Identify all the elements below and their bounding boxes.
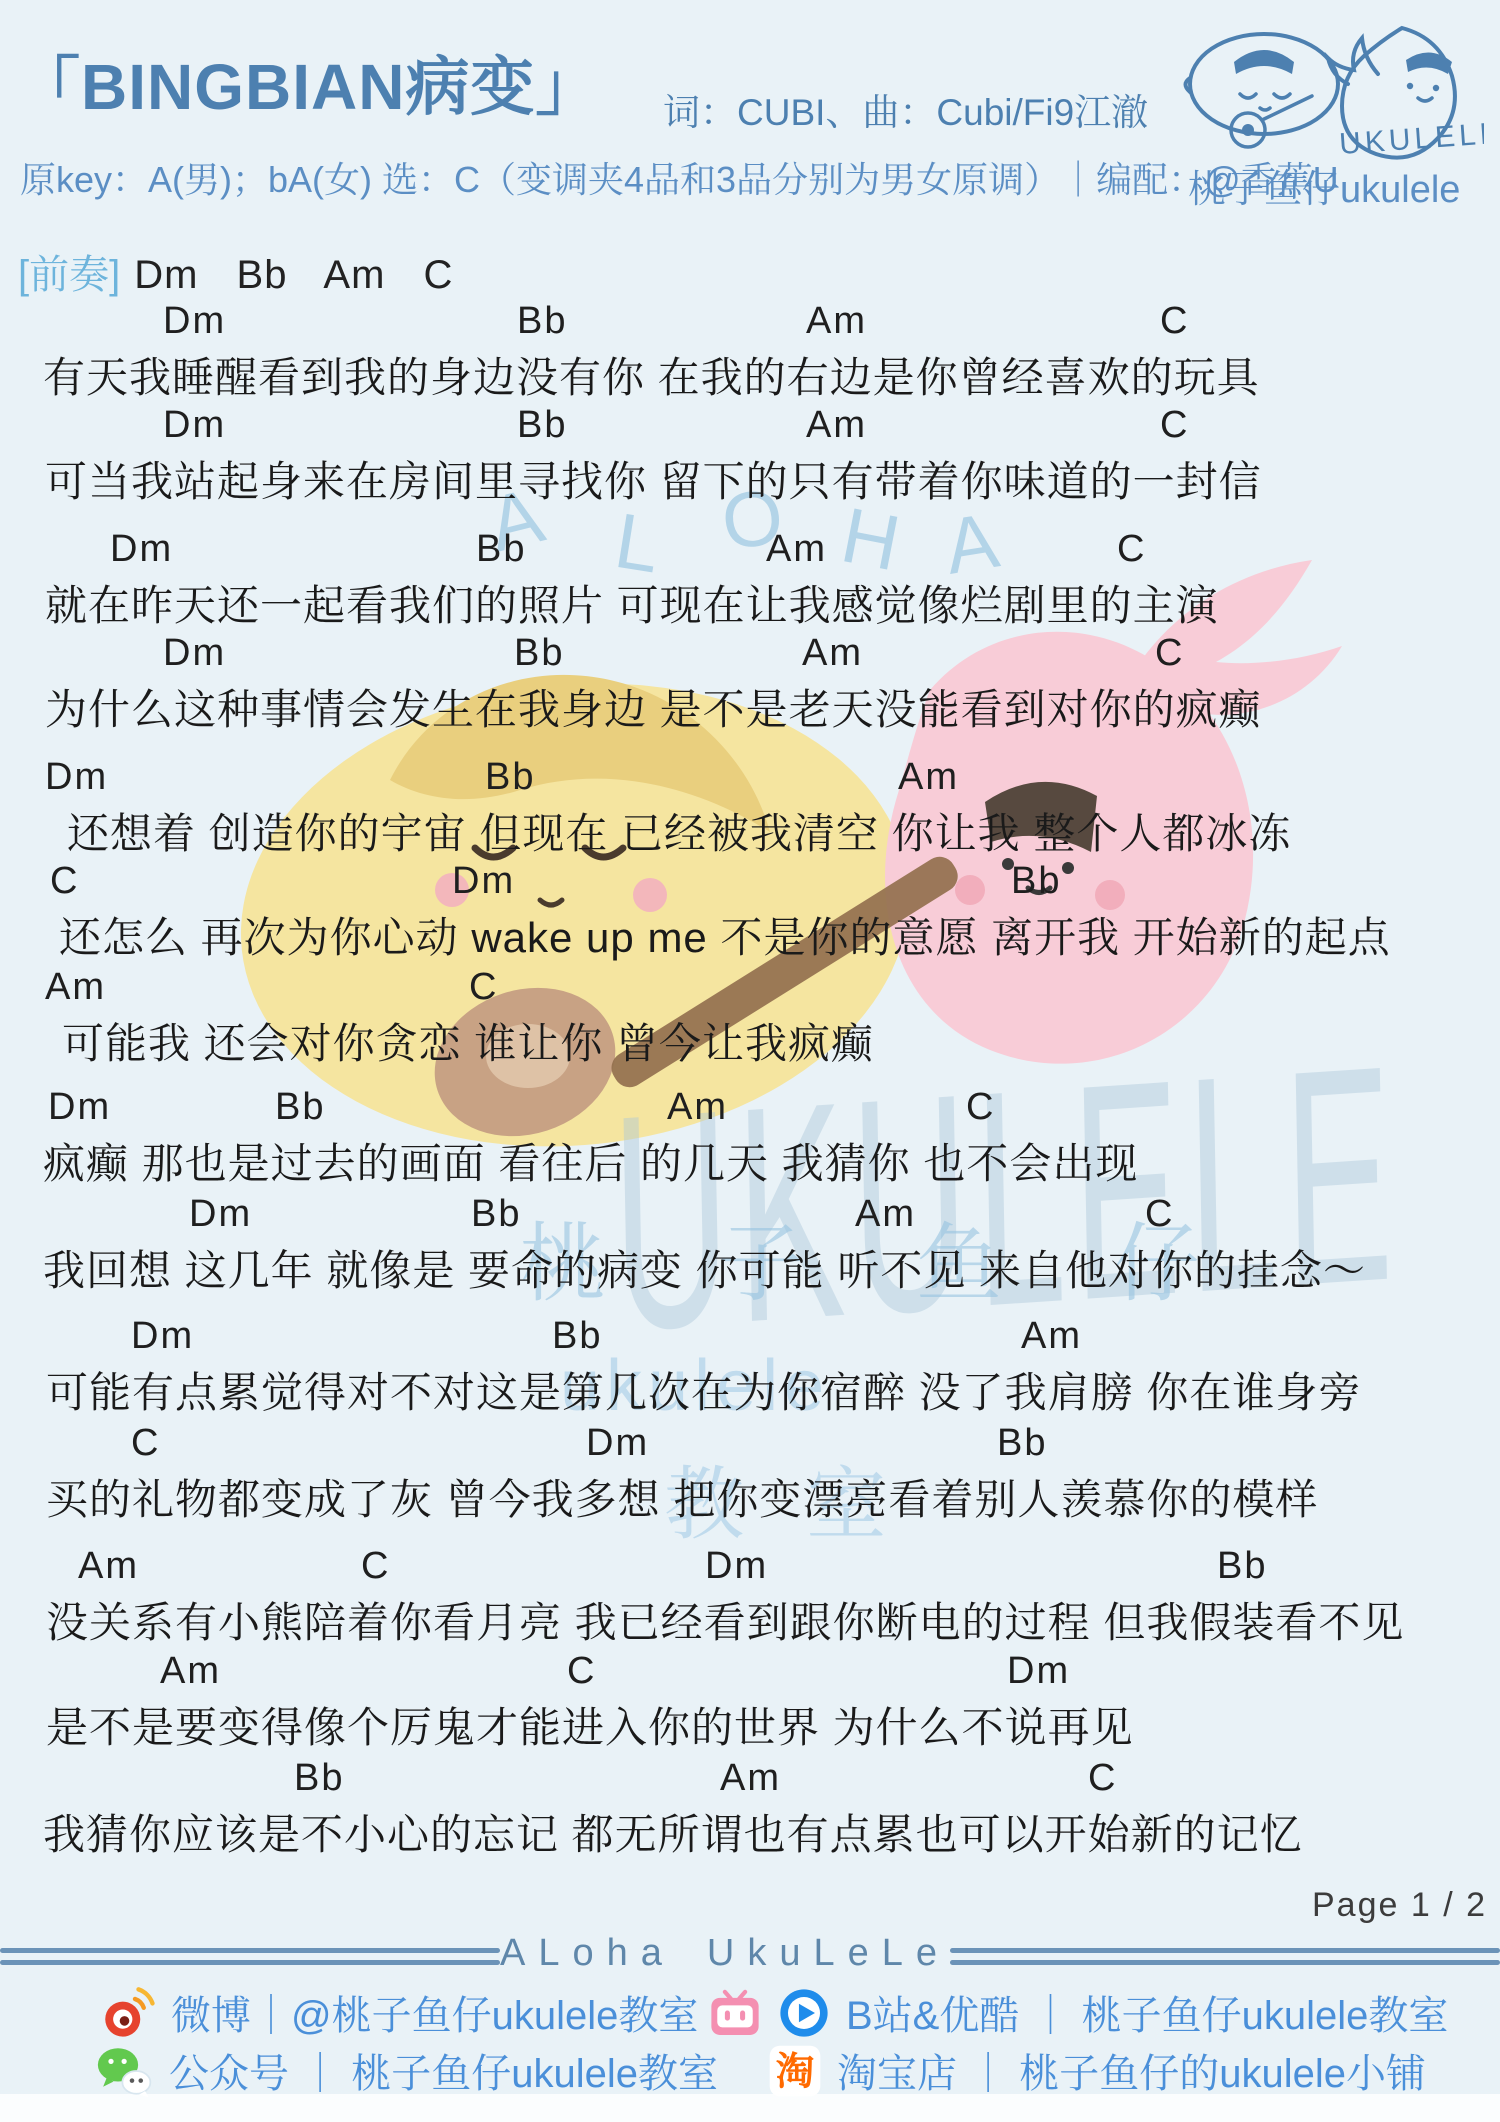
chord-label: Bb xyxy=(517,404,567,447)
chord-label: C xyxy=(1145,1193,1174,1236)
chord-label: Dm xyxy=(45,756,108,799)
divider-line xyxy=(0,1948,500,1953)
chord-label: Am xyxy=(766,528,827,571)
chord-label: Dm xyxy=(110,528,173,571)
footer-wechat-text: 公众号 ｜ 桃子鱼仔ukulele教室 xyxy=(169,2042,718,2099)
chord-label: Am xyxy=(855,1193,916,1236)
chord-label: Am xyxy=(802,632,863,675)
chord-label: Am xyxy=(78,1545,139,1588)
footer-wechat: 公众号 ｜ 桃子鱼仔ukulele教室 xyxy=(96,2042,718,2099)
brand-name: 桃子鱼仔ukulele xyxy=(1188,158,1460,213)
chord-label: Bb xyxy=(997,1422,1047,1465)
chord-label: Am xyxy=(45,966,106,1009)
song-line: AmCDmBb没关系有小熊陪着你看月亮 我已经看到跟你断电的过程 但我假装看不见 xyxy=(0,1545,1500,1651)
chord-label: C xyxy=(1160,300,1189,343)
song-line: CDmBb还怎么 再次为你心动 wake up me 不是你的意愿 离开我 开始… xyxy=(0,860,1500,966)
lyric-text: 是不是要变得像个厉鬼才能进入你的世界 为什么不说再见 xyxy=(46,1695,1134,1755)
chord-label: Am xyxy=(160,1650,221,1693)
song-line: CDmBb买的礼物都变成了灰 曾今我多想 把你变漂亮看着别人羡慕你的模样 xyxy=(0,1422,1500,1528)
song-line: DmBbAmC有天我睡醒看到我的身边没有你 在我的右边是你曾经喜欢的玩具 xyxy=(0,300,1500,406)
song-line: BbAmC我猜你应该是不小心的忘记 都无所谓也有点累也可以开始新的记忆 xyxy=(0,1757,1500,1863)
chord-label: Dm xyxy=(163,404,226,447)
song-line: AmCDm是不是要变得像个厉鬼才能进入你的世界 为什么不说再见 xyxy=(0,1650,1500,1756)
logo-word: UKULELE xyxy=(1338,117,1484,161)
chord-label: Bb xyxy=(476,528,526,571)
chord-label: C xyxy=(966,1086,995,1129)
footer-weibo: 微博｜@桃子鱼仔ukulele教室 xyxy=(100,1984,698,2041)
chord-label: Bb xyxy=(514,632,564,675)
intro-row: [前奏]Dm Bb Am C xyxy=(18,243,453,300)
divider-word-ukulele: UkuLeLe xyxy=(707,1932,950,1975)
lyric-text: 为什么这种事情会发生在我身边 是不是老天没能看到对你的疯癫 xyxy=(45,677,1262,737)
chord-label: Dm xyxy=(1007,1650,1070,1693)
lyric-text: 可当我站起身来在房间里寻找你 留下的只有带着你味道的一封信 xyxy=(45,449,1262,509)
divider-line xyxy=(950,1960,1500,1965)
lyric-text: 就在昨天还一起看我们的照片 可现在让我感觉像烂剧里的主演 xyxy=(45,573,1219,633)
song-line: DmBbAmC我回想 这几年 就像是 要命的病变 你可能 听不见 来自他对你的挂… xyxy=(0,1193,1500,1299)
divider-line xyxy=(0,1960,500,1965)
lyric-text: 买的礼物都变成了灰 曾今我多想 把你变漂亮看着别人羡慕你的模样 xyxy=(46,1467,1318,1527)
chord-label: Dm xyxy=(163,300,226,343)
lyric-text: 疯癫 那也是过去的画面 看往后 的几天 我猜你 也不会出现 xyxy=(43,1131,1138,1191)
chord-label: C xyxy=(131,1422,160,1465)
chord-label: Bb xyxy=(552,1315,602,1358)
youku-play-icon xyxy=(777,1986,831,2040)
song-title: 「BINGBIAN病变」 xyxy=(16,36,600,128)
key-info-line: 原key：A(男)；bA(女) 选：C（变调夹4品和3品分别为男女原调）｜编配：… xyxy=(20,152,1339,203)
taobao-icon: 淘 xyxy=(768,2044,822,2098)
lyric-text: 还想着 创造你的宇宙 但现在 已经被我清空 你让我 整个人都冰冻 xyxy=(67,801,1291,861)
song-credits: 词：CUBI、曲：Cubi/Fi9江澈 xyxy=(663,82,1148,136)
footer-bilibili-youku: B站&优酷 ｜ 桃子鱼仔ukulele教室 xyxy=(708,1984,1448,2041)
chord-label: Dm xyxy=(586,1422,649,1465)
chord-label: Am xyxy=(720,1757,781,1800)
chord-label: Am xyxy=(667,1086,728,1129)
chord-label: C xyxy=(469,966,498,1009)
chord-label: Bb xyxy=(471,1193,521,1236)
chord-label: C xyxy=(361,1545,390,1588)
chord-label: C xyxy=(1155,632,1184,675)
studio-logo: UKULELE xyxy=(1180,12,1484,162)
lyric-text: 可能我 还会对你贪恋 谁让你 曾今让我疯癫 xyxy=(62,1011,874,1071)
divider-word-aloha: ALoha xyxy=(500,1932,675,1975)
chord-label: Dm xyxy=(131,1315,194,1358)
chord-label: Dm xyxy=(705,1545,768,1588)
lyric-text: 没关系有小熊陪着你看月亮 我已经看到跟你断电的过程 但我假装看不见 xyxy=(46,1590,1404,1650)
song-line: DmBbAmC可当我站起身来在房间里寻找你 留下的只有带着你味道的一封信 xyxy=(0,404,1500,510)
chord-label: Am xyxy=(1021,1315,1082,1358)
chord-label: Dm xyxy=(452,860,515,903)
lyric-text: 可能有点累觉得对不对这是第几次在为你宿醉 没了我肩膀 你在谁身旁 xyxy=(46,1360,1361,1420)
weibo-icon xyxy=(100,1985,156,2041)
chord-sheet-page: A L O H A UKULELE 桃 子 鱼 仔 ukulele 教 室 「B… xyxy=(0,0,1500,2122)
chord-label: Am xyxy=(898,756,959,799)
footer-weibo-text: 微博｜@桃子鱼仔ukulele教室 xyxy=(171,1984,698,2041)
chord-label: Bb xyxy=(1217,1545,1267,1588)
song-line: DmBbAmC为什么这种事情会发生在我身边 是不是老天没能看到对你的疯癫 xyxy=(0,632,1500,738)
chord-label: Bb xyxy=(517,300,567,343)
song-line: DmBbAmC疯癫 那也是过去的画面 看往后 的几天 我猜你 也不会出现 xyxy=(0,1086,1500,1192)
logo-girl-hair xyxy=(1234,50,1294,74)
chord-label: Dm xyxy=(189,1193,252,1236)
wechat-icon xyxy=(96,2043,154,2099)
song-line: AmC可能我 还会对你贪恋 谁让你 曾今让我疯癫 xyxy=(0,966,1500,1072)
song-line: DmBbAm可能有点累觉得对不对这是第几次在为你宿醉 没了我肩膀 你在谁身旁 xyxy=(0,1315,1500,1421)
chord-label: Bb xyxy=(294,1757,344,1800)
page-indicator: Page 1 / 2 xyxy=(1312,1886,1487,1925)
footer-taobao: 淘 淘宝店 ｜ 桃子鱼仔的ukulele小铺 xyxy=(768,2042,1426,2099)
intro-chords: Dm Bb Am C xyxy=(134,253,453,297)
footer-taobao-text: 淘宝店 ｜ 桃子鱼仔的ukulele小铺 xyxy=(837,2042,1426,2099)
lyric-text: 有天我睡醒看到我的身边没有你 在我的右边是你曾经喜欢的玩具 xyxy=(43,345,1260,405)
svg-text:淘: 淘 xyxy=(776,2050,815,2093)
chord-label: Bb xyxy=(1011,860,1061,903)
song-line: DmBbAm还想着 创造你的宇宙 但现在 已经被我清空 你让我 整个人都冰冻 xyxy=(0,756,1500,862)
intro-label: [前奏] xyxy=(18,253,120,297)
chord-label: C xyxy=(1117,528,1146,571)
bilibili-icon xyxy=(708,1986,762,2040)
chord-label: C xyxy=(1160,404,1189,447)
chord-label: Bb xyxy=(485,756,535,799)
chord-label: Am xyxy=(806,300,867,343)
footer-divider: ALoha UkuLeLe xyxy=(500,1924,950,1982)
chord-label: C xyxy=(1088,1757,1117,1800)
footer-bilibili-youku-text: B站&优酷 ｜ 桃子鱼仔ukulele教室 xyxy=(846,1984,1448,2041)
divider-line xyxy=(950,1948,1500,1953)
chord-label: C xyxy=(567,1650,596,1693)
chord-label: Am xyxy=(806,404,867,447)
lyric-text: 我猜你应该是不小心的忘记 都无所谓也有点累也可以开始新的记忆 xyxy=(43,1802,1303,1862)
chord-label: Dm xyxy=(48,1086,111,1129)
lyric-text: 我回想 这几年 就像是 要命的病变 你可能 听不见 来自他对你的挂念～ xyxy=(43,1238,1366,1298)
lyric-text: 还怎么 再次为你心动 wake up me 不是你的意愿 离开我 开始新的起点 xyxy=(59,905,1391,965)
chord-label: Dm xyxy=(163,632,226,675)
song-line: DmBbAmC就在昨天还一起看我们的照片 可现在让我感觉像烂剧里的主演 xyxy=(0,528,1500,634)
chord-label: Bb xyxy=(275,1086,325,1129)
logo-boy-hair xyxy=(1406,52,1452,74)
chord-label: C xyxy=(50,860,79,903)
